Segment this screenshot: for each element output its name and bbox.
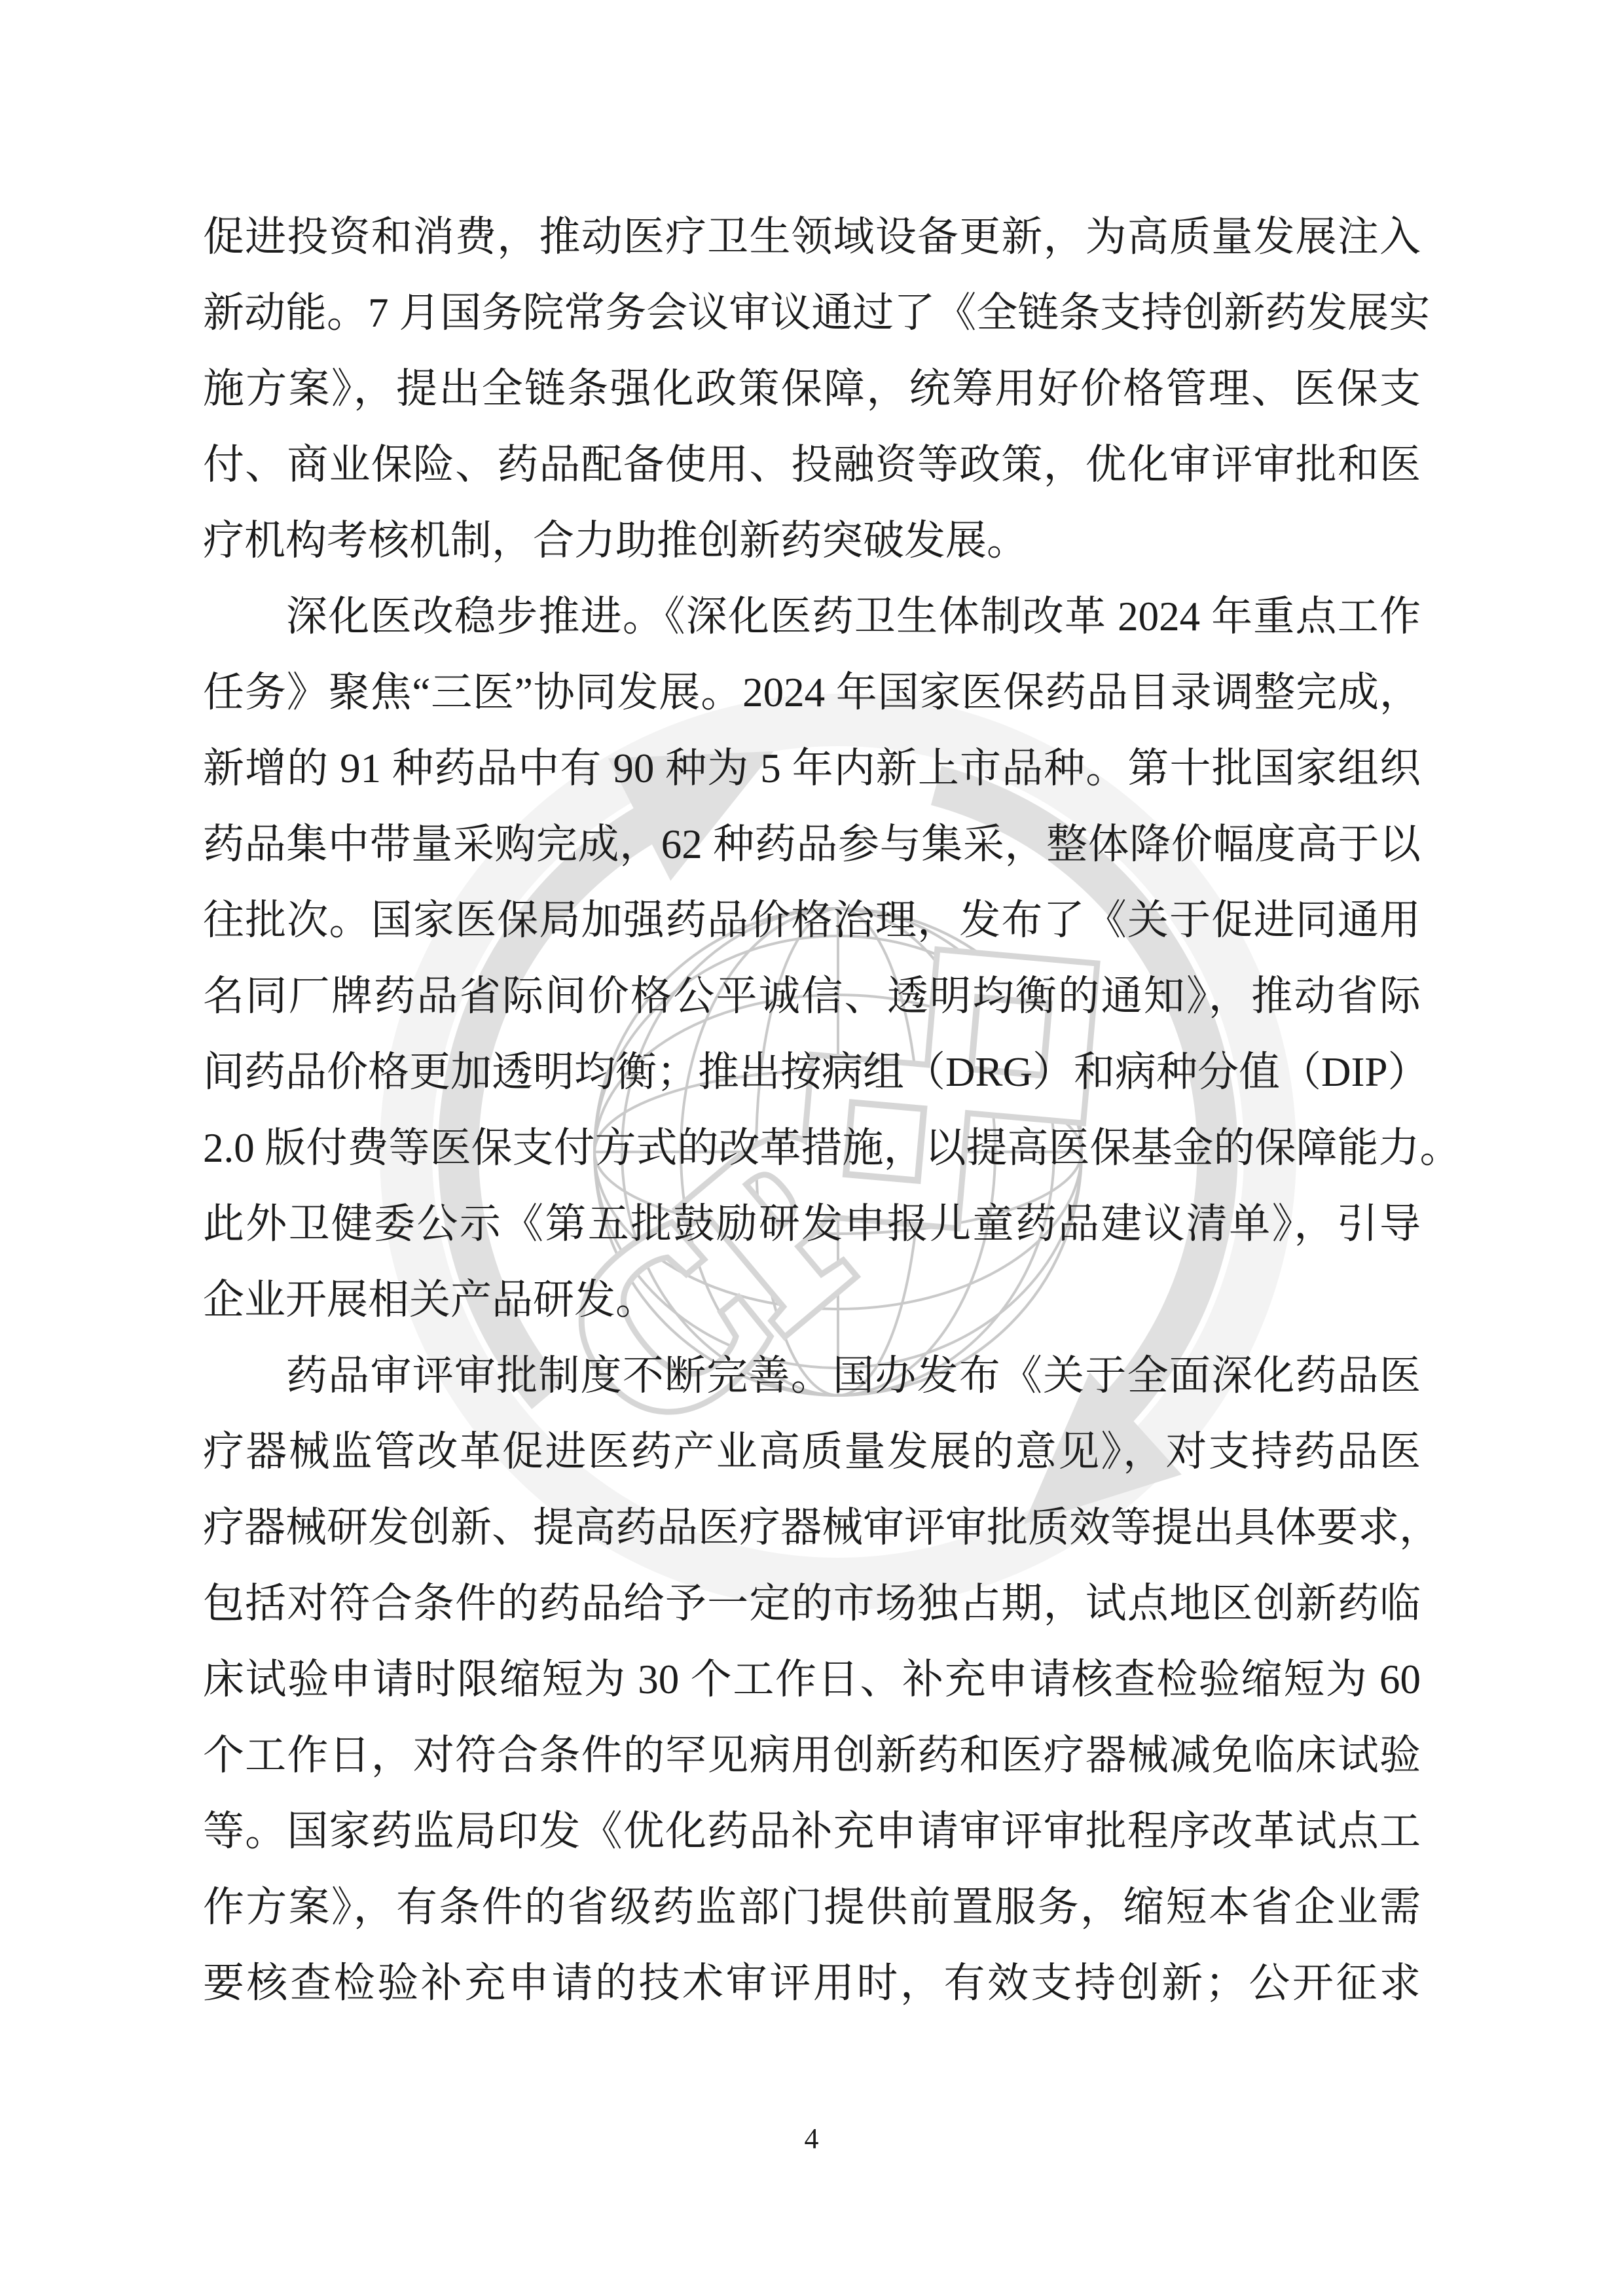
body-line: 施方案》，提出全链条强化政策保障，统筹用好价格管理、医保支 [203, 351, 1421, 427]
body-line: 疗器械研发创新、提高药品医疗器械审评审批质效等提出具体要求， [203, 1490, 1421, 1566]
body-line: 2.0 版付费等医保支付方式的改革措施，以提高医保基金的保障能力。 [203, 1110, 1421, 1186]
body-line: 促进投资和消费，推动医疗卫生领域设备更新，为高质量发展注入 [203, 199, 1421, 275]
body-line: 床试验申请时限缩短为 30 个工作日、补充申请核查检验缩短为 60 [203, 1641, 1421, 1717]
body-line: 药品集中带量采购完成，62 种药品参与集采，整体降价幅度高于以 [203, 806, 1421, 882]
body-line: 新增的 91 种药品中有 90 种为 5 年内新上市品种。第十批国家组织 [203, 730, 1421, 806]
body-line: 新动能。7 月国务院常务会议审议通过了《全链条支持创新药发展实 [203, 275, 1421, 351]
body-line: 要核查检验补充申请的技术审评用时，有效支持创新；公开征求 [203, 1945, 1421, 2021]
body-line: 往批次。国家医保局加强药品价格治理，发布了《关于促进同通用 [203, 882, 1421, 958]
page-number: 4 [0, 2122, 1623, 2155]
body-line: 深化医改稳步推进。《深化医药卫生体制改革 2024 年重点工作 [203, 579, 1421, 655]
document-page: CP CP 促进投资和消费，推动医疗卫生领域设备更新，为高质量发展注入新动能。7… [0, 0, 1623, 2296]
body-line: 付、商业保险、药品配备使用、投融资等政策，优化审评审批和医 [203, 427, 1421, 503]
body-line: 此外卫健委公示《第五批鼓励研发申报儿童药品建议清单》，引导 [203, 1186, 1421, 1262]
body-text: 促进投资和消费，推动医疗卫生领域设备更新，为高质量发展注入新动能。7 月国务院常… [203, 199, 1421, 2021]
body-line: 疗器械监管改革促进医药产业高质量发展的意见》，对支持药品医 [203, 1414, 1421, 1490]
body-line: 间药品价格更加透明均衡；推出按病组（DRG）和病种分值（DIP） [203, 1034, 1421, 1110]
body-line: 名同厂牌药品省际间价格公平诚信、透明均衡的通知》，推动省际 [203, 958, 1421, 1034]
body-line: 等。国家药监局印发《优化药品补充申请审评审批程序改革试点工 [203, 1793, 1421, 1869]
body-line: 药品审评审批制度不断完善。国办发布《关于全面深化药品医 [203, 1338, 1421, 1414]
body-line: 任务》聚焦“三医”协同发展。2024 年国家医保药品目录调整完成， [203, 655, 1421, 730]
body-line: 企业开展相关产品研发。 [203, 1262, 1421, 1338]
body-line: 包括对符合条件的药品给予一定的市场独占期，试点地区创新药临 [203, 1566, 1421, 1641]
body-line: 个工作日，对符合条件的罕见病用创新药和医疗器械减免临床试验 [203, 1717, 1421, 1793]
body-line: 作方案》，有条件的省级药监部门提供前置服务，缩短本省企业需 [203, 1869, 1421, 1945]
body-line: 疗机构考核机制，合力助推创新药突破发展。 [203, 503, 1421, 579]
